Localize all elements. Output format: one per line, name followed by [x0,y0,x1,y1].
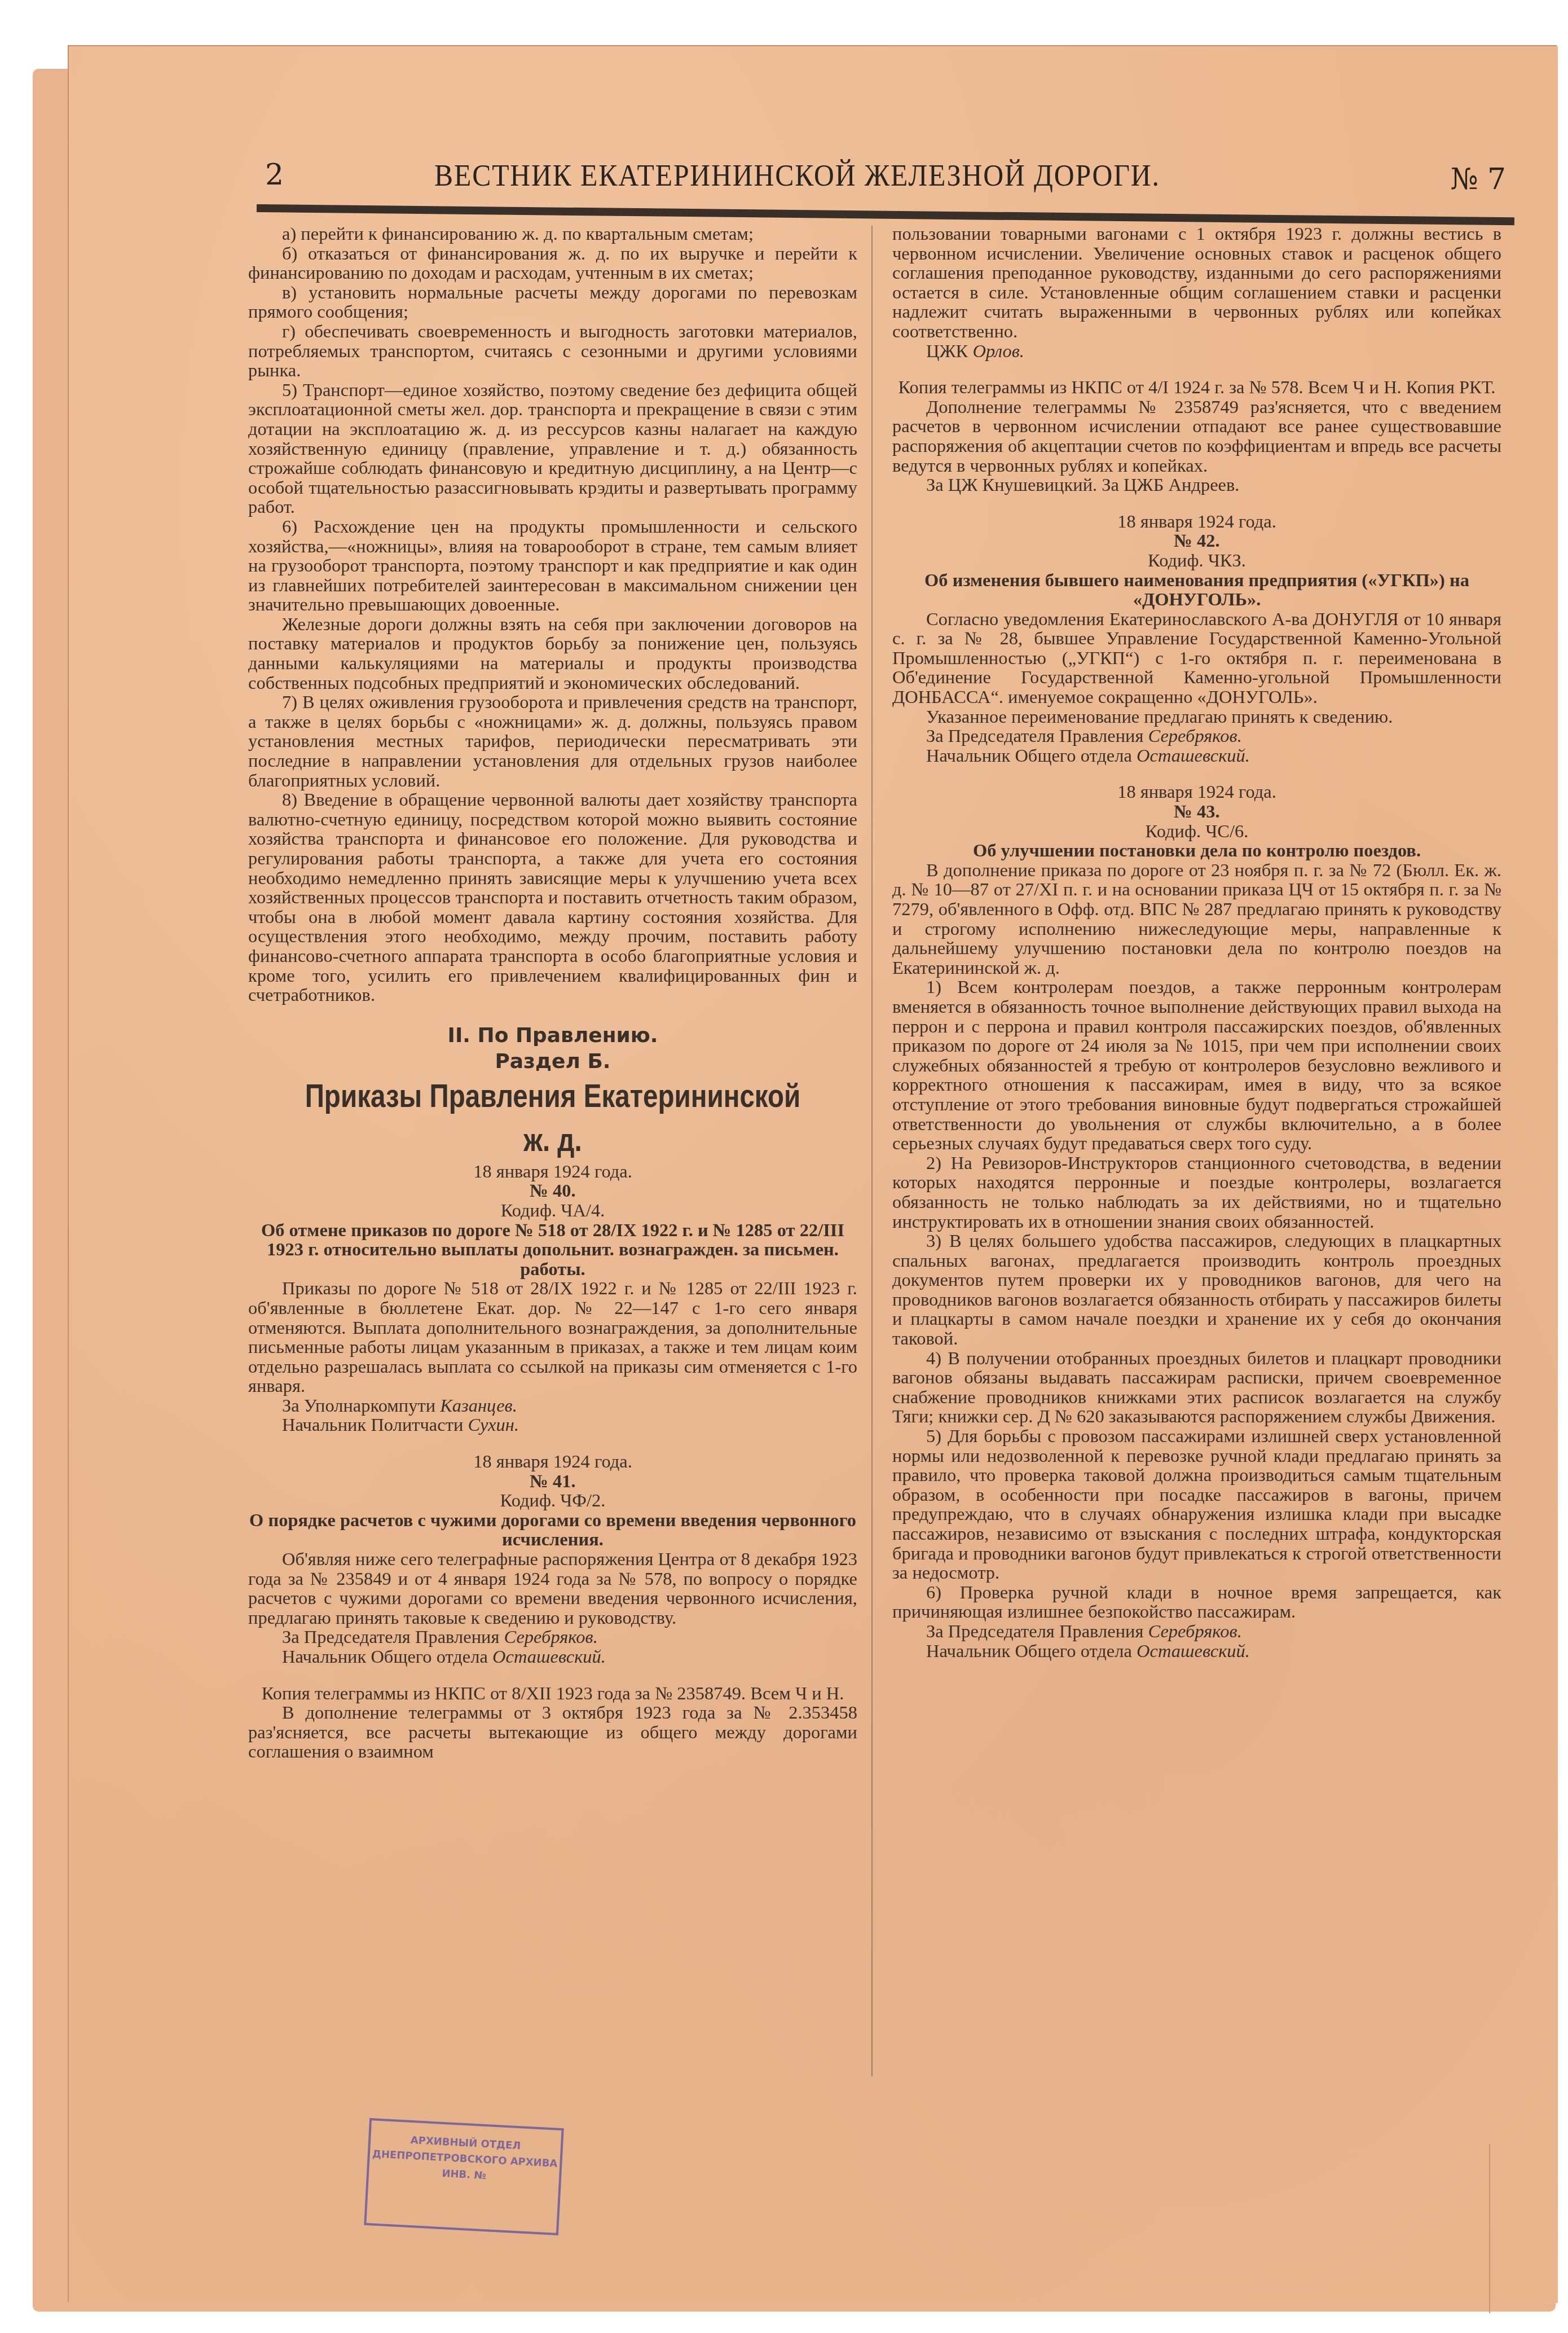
signature: За ЦЖ Кнушевицкий. За ЦЖБ Андреев. [892,476,1501,495]
order-body: Согласно уведомления Екатеринославского … [892,610,1501,708]
order-subject: Об изменения бывшего наименования предпр… [892,571,1501,610]
order-date: 18 января 1924 года. [892,512,1501,532]
paragraph: 5) Транспорт—единое хозяйство, поэтому с… [248,381,857,517]
paragraph: а) перейти к финансированию ж. д. по ква… [248,225,857,244]
signature: Начальник Общего отдела Осташевский. [248,1647,857,1667]
signature: ЦЖК Орлов. [892,342,1501,362]
telegram-heading: Копия телеграммы из НКПС от 4/I 1924 г. … [892,378,1501,398]
order-number: № 40. [248,1181,857,1201]
column-divider [871,226,873,2076]
order-item: 1) Всем контролерам поездов, а также пер… [892,978,1501,1153]
paper-fold [1489,2144,1490,2313]
order-item: 5) Для борьбы с провозом пассажирами изл… [892,1427,1501,1583]
paragraph: Железные дороги должны взять на себя при… [248,615,857,693]
left-column: а) перейти к финансированию ж. д. по ква… [248,225,857,1762]
order-subject: Об отмене приказов по дороге № 518 от 28… [248,1221,857,1280]
order-body: Указанное переименование предлагаю приня… [892,708,1501,727]
order-43: 18 января 1924 года. № 43. Кодиф. ЧС/6. … [892,783,1501,1661]
order-body: Об'являя ниже сего телеграфные распоряже… [248,1550,857,1628]
order-item: 6) Проверка ручной клади в ночное время … [892,1583,1501,1622]
page-number: 2 [265,158,284,192]
signature: За Председателя Правления Серебряков. [892,727,1501,746]
order-body: В дополнение приказа по дороге от 23 ноя… [892,861,1501,978]
order-codif: Кодиф. ЧА/4. [248,1201,857,1221]
section-heading: II. По Правлению. [248,1022,857,1049]
paragraph: 7) В целях оживления грузооборота и прив… [248,693,857,790]
signature: Начальник Общего отдела Осташевский. [892,746,1501,766]
order-date: 18 января 1924 года. [892,783,1501,802]
order-item: 4) В получении отобранных проездных биле… [892,1349,1501,1427]
telegram-heading: Копия телеграммы из НКПС от 8/XII 1923 г… [248,1684,857,1704]
telegram-body: Дополнение телеграммы № 2358749 раз'ясня… [892,398,1501,476]
telegram-body: В дополнение телеграммы от 3 октября 192… [248,1703,857,1762]
order-body: Приказы по дороге № 518 от 28/IX 1922 г.… [248,1279,857,1396]
signature: Начальник Политчасти Сухин. [248,1416,857,1435]
order-item: 2) На Ревизоров-Инструкторов станционног… [892,1154,1501,1232]
order-codif: Кодиф. ЧФ/2. [248,1491,857,1511]
order-42: 18 января 1924 года. № 42. Кодиф. ЧКЗ. О… [892,512,1501,766]
archive-stamp: АРХИВНЫЙ ОТДЕЛ ДНЕПРОПЕТРОВСКОГО АРХИВА … [364,2118,563,2235]
masthead: 2 ВЕСТНИК ЕКАТЕРИНИНСКОЙ ЖЕЛЕЗНОЙ ДОРОГИ… [265,152,1517,197]
signature: Начальник Общего отдела Осташевский. [892,1642,1501,1662]
order-number: № 43. [892,802,1501,822]
signature: За Уполнаркомпути Казанцев. [248,1396,857,1416]
paragraph: г) обеспечивать своевременность и выгодн… [248,322,857,381]
signature: За Председателя Правления Серебряков. [892,1622,1501,1642]
orders-title: Приказы Правления Екатерининской ж. д. [303,1074,803,1162]
order-40: 18 января 1924 года. № 40. Кодиф. ЧА/4. … [248,1162,857,1435]
order-date: 18 января 1924 года. [248,1162,857,1182]
issue-number: № 7 [1450,162,1506,196]
order-codif: Кодиф. ЧС/6. [892,822,1501,842]
signature: За Председателя Правления Серебряков. [248,1628,857,1647]
order-date: 18 января 1924 года. [248,1452,857,1472]
paragraph: 8) Введение в обращение червонной валюты… [248,790,857,1005]
order-number: № 42. [892,531,1501,551]
order-codif: Кодиф. ЧКЗ. [892,551,1501,571]
order-41: 18 января 1924 года. № 41. Кодиф. ЧФ/2. … [248,1452,857,1762]
paragraph: в) установить нормальные расчеты между д… [248,283,857,322]
order-item: 3) В целях большего удобства пассажиров,… [892,1232,1501,1349]
order-subject: О порядке расчетов с чужими дорогами со … [248,1511,857,1550]
subsection-heading: Раздел Б. [248,1049,857,1074]
paragraph: б) отказаться от финансирования ж. д. по… [248,244,857,283]
right-column: пользовании товарными вагонами с 1 октяб… [892,225,1501,1661]
paragraph: 6) Расхождение цен на продукты промышлен… [248,517,857,615]
paragraph: пользовании товарными вагонами с 1 октяб… [892,225,1501,342]
order-number: № 41. [248,1472,857,1492]
order-subject: Об улучшении постановки дела по контролю… [892,841,1501,861]
newspaper-title: ВЕСТНИК ЕКАТЕРИНИНСКОЙ ЖЕЛЕЗНОЙ ДОРОГИ. [434,158,1160,193]
